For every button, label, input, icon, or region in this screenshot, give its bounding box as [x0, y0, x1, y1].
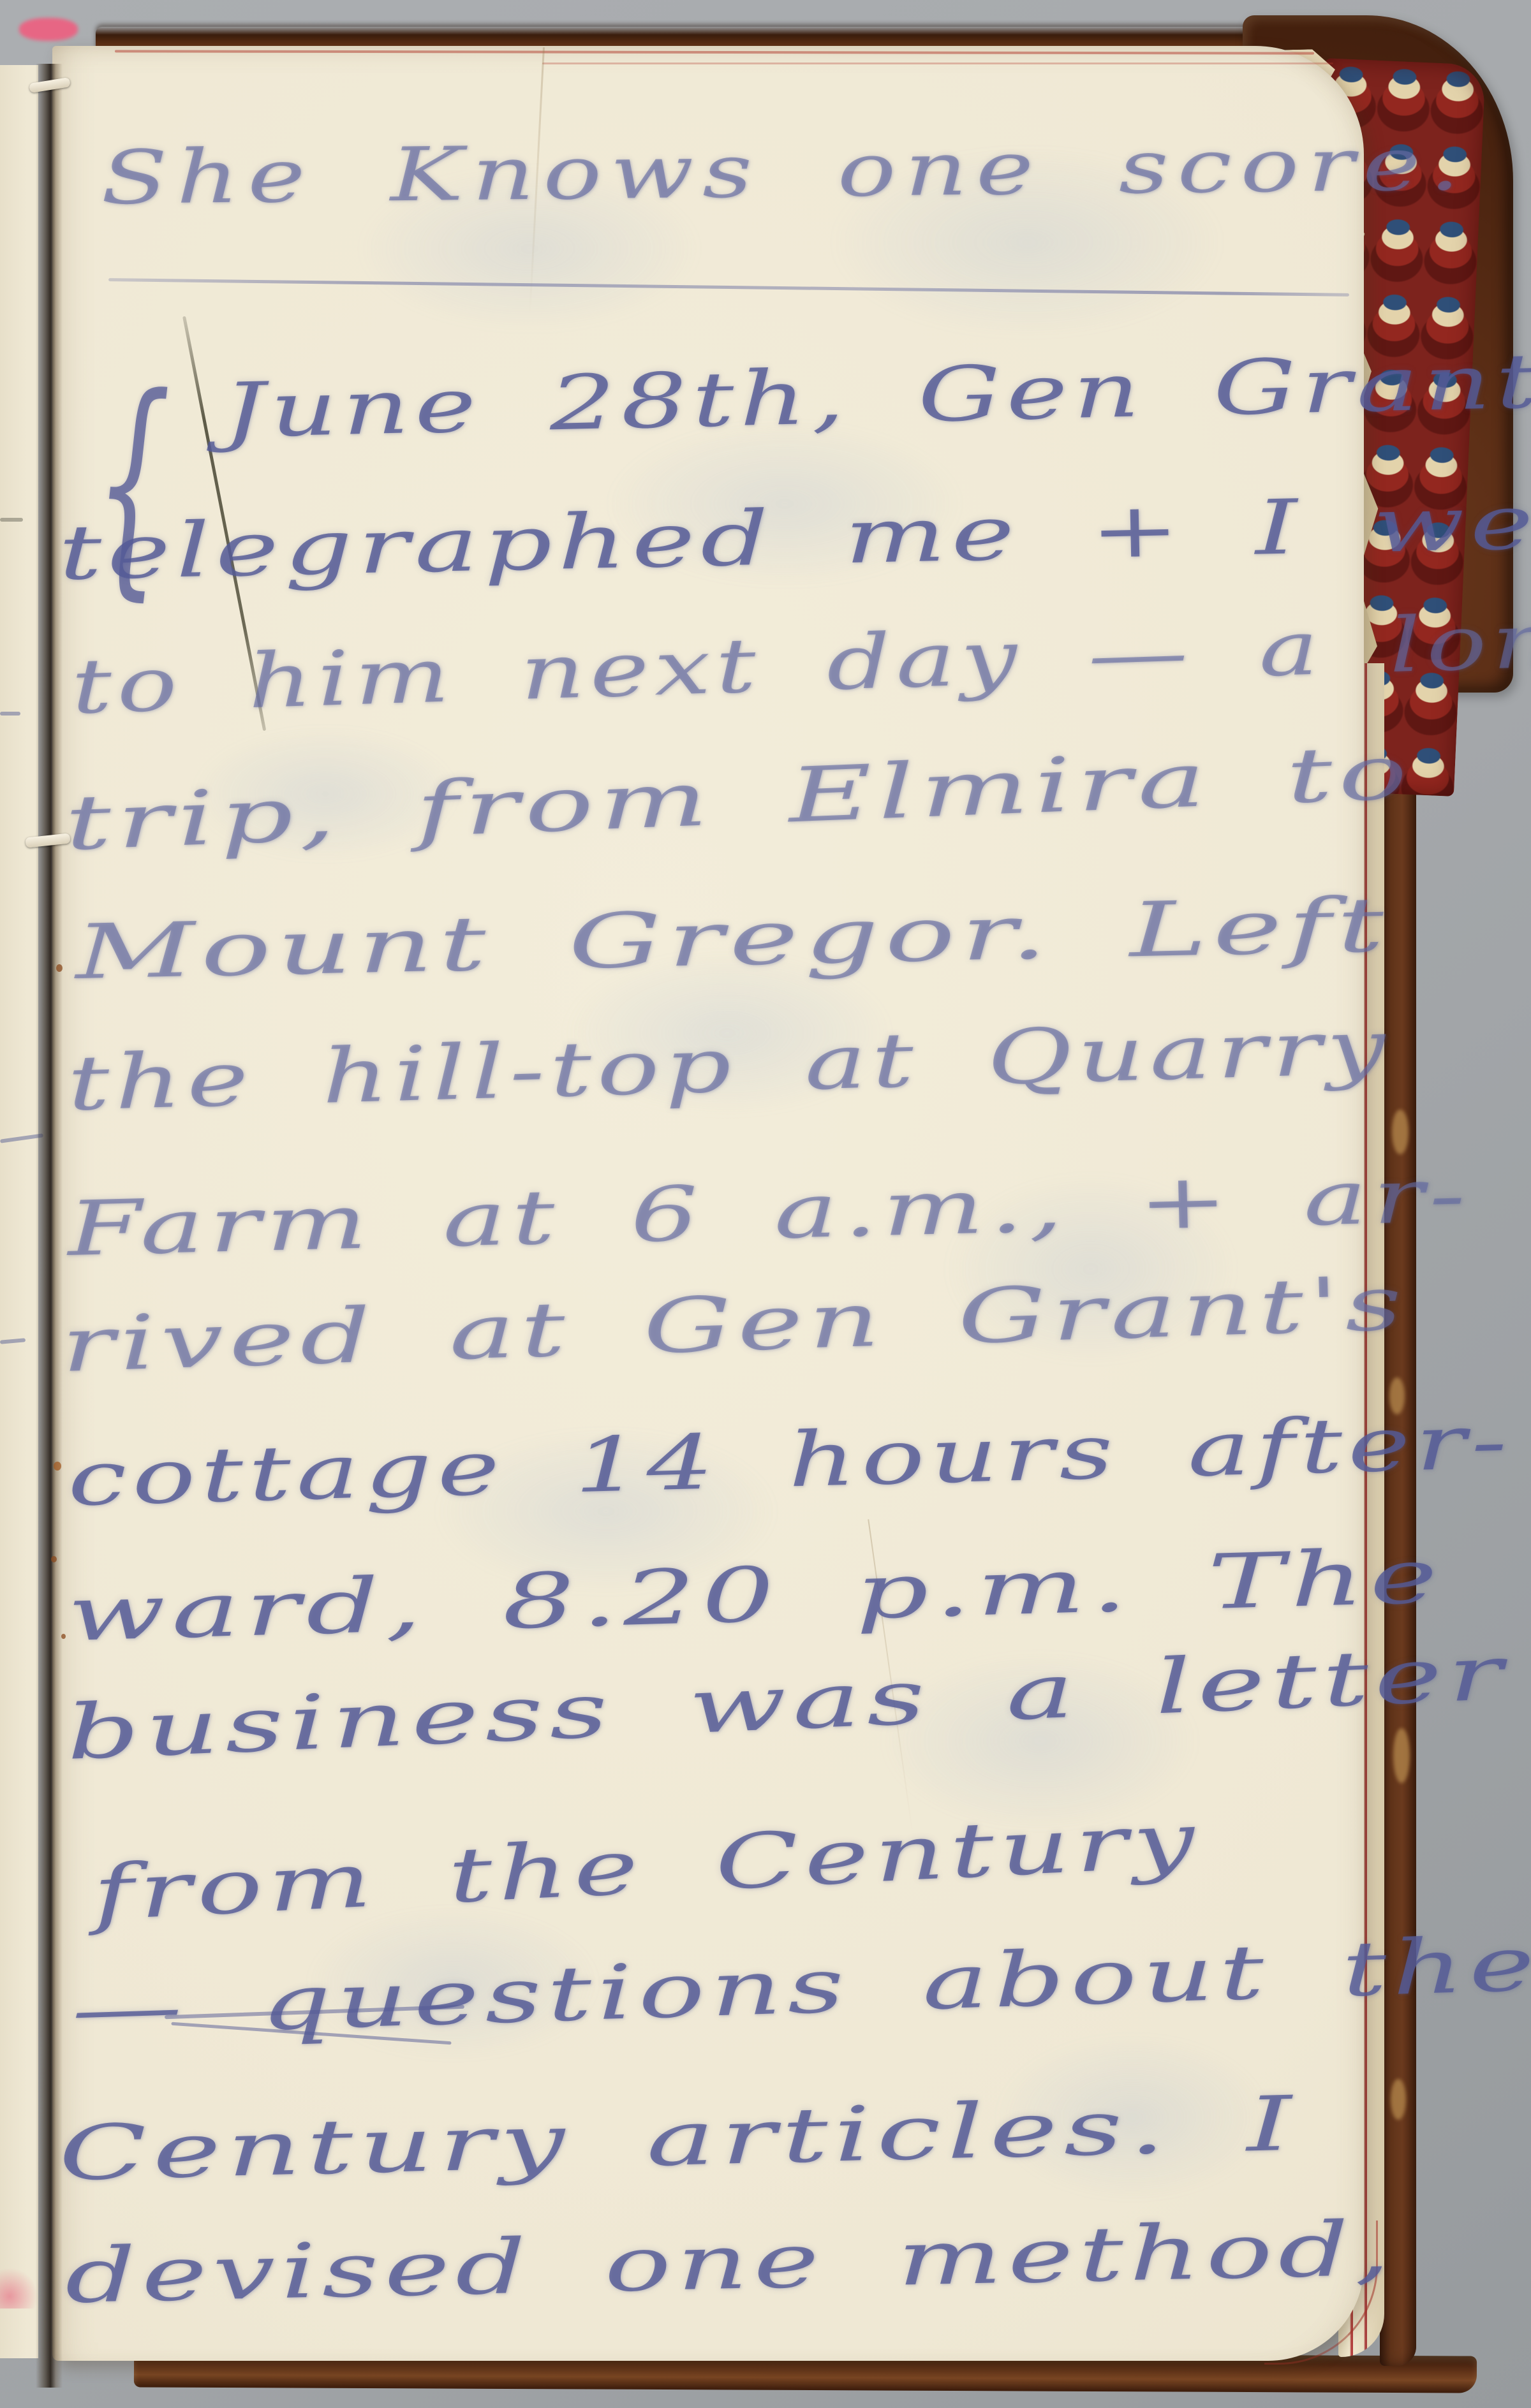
- pink-edge-stain: [19, 18, 78, 41]
- rust-speck: [51, 1556, 57, 1562]
- leather-wear-patch: [1393, 1728, 1410, 1783]
- rust-speck: [54, 1462, 61, 1471]
- binding-gutter: [36, 64, 63, 2388]
- facing-page-pink-stain: [0, 2268, 38, 2309]
- handwriting-header: She Knows one score.: [100, 121, 1468, 221]
- facing-page-ink-mark: [0, 712, 20, 716]
- facing-page-pencil-mark: [0, 518, 23, 522]
- facing-page-edge: [0, 65, 38, 2358]
- leather-wear-patch: [1392, 1110, 1409, 1154]
- notebook-photo: She Knows one score. { June 28th, Gen Gr…: [0, 0, 1531, 2408]
- rust-speck: [56, 964, 63, 972]
- leather-wear-patch: [1391, 2079, 1406, 2120]
- page-top-red-edge: [542, 62, 1333, 64]
- rust-speck: [61, 1634, 66, 1639]
